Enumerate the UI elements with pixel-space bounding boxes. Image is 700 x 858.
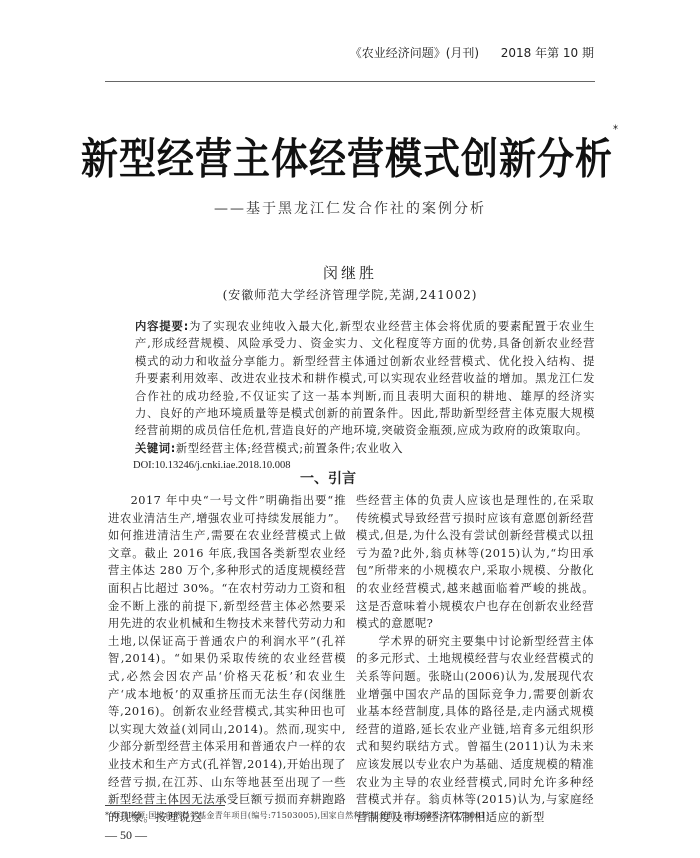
article-title: 新型经营主体经营模式创新分析*	[0, 124, 700, 186]
body-paragraph: 学术界的研究主要集中讨论新型经营主体的多元形式、土地规模经营与农业经营模式的关系…	[356, 633, 594, 827]
issue-number: 2018 年第 10 期	[501, 46, 594, 60]
abstract-block: 内容提要:为了实现农业纯收入最大化,新型农业经营主体会将优质的要素配置于农业生产…	[113, 318, 595, 457]
author-name: 闵继胜	[0, 262, 700, 283]
body-paragraph: 些经营主体的负责人应该也是理性的,在采取传统模式导致经营亏损时应该有意愿创新经营…	[356, 492, 594, 633]
section-heading: 一、引言	[300, 468, 356, 488]
body-paragraph: 2017 年中央“一号文件”明确指出要“推进农业清洁生产,增强农业可持续发展能力…	[108, 492, 346, 826]
doi: DOI:10.13246/j.cnki.iae.2018.10.008	[133, 460, 290, 471]
header-divider	[105, 81, 595, 82]
title-footnote-mark: *	[613, 124, 619, 137]
abstract-paragraph: 内容提要:为了实现农业纯收入最大化,新型农业经营主体会将优质的要素配置于农业生产…	[113, 318, 595, 440]
author-affiliation: (安徽师范大学经济管理学院,芜湖,241002)	[0, 286, 700, 303]
body-column-left: 2017 年中央“一号文件”明确指出要“推进农业清洁生产,增强农业可持续发展能力…	[108, 492, 346, 826]
keywords-text: 新型经营主体;经营模式;前置条件;农业收入	[176, 442, 403, 455]
title-text: 新型经营主体经营模式创新分析	[81, 134, 613, 183]
running-header: 《农业经济问题》(月刊) 2018 年第 10 期	[110, 44, 594, 61]
article-subtitle: ——基于黑龙江仁发合作社的案例分析	[0, 198, 700, 218]
body-column-right: 些经营主体的负责人应该也是理性的,在采取传统模式导致经营亏损时应该有意愿创新经营…	[356, 492, 594, 826]
keywords-line: 关键词:新型经营主体;经营模式;前置条件;农业收入	[113, 440, 595, 457]
page-number: — 50 —	[105, 828, 147, 843]
keywords-label: 关键词:	[135, 442, 176, 455]
abstract-label: 内容提要:	[135, 320, 189, 333]
abstract-text: 为了实现农业纯收入最大化,新型农业经营主体会将优质的要素配置于农业生产,形成经营…	[135, 320, 595, 437]
footnote: * 项目来源:国家自然科学基金青年项目(编号:71503005),国家自然科学基…	[105, 810, 490, 821]
journal-name: 《农业经济问题》(月刊)	[350, 46, 479, 60]
footnote-divider	[105, 805, 225, 806]
